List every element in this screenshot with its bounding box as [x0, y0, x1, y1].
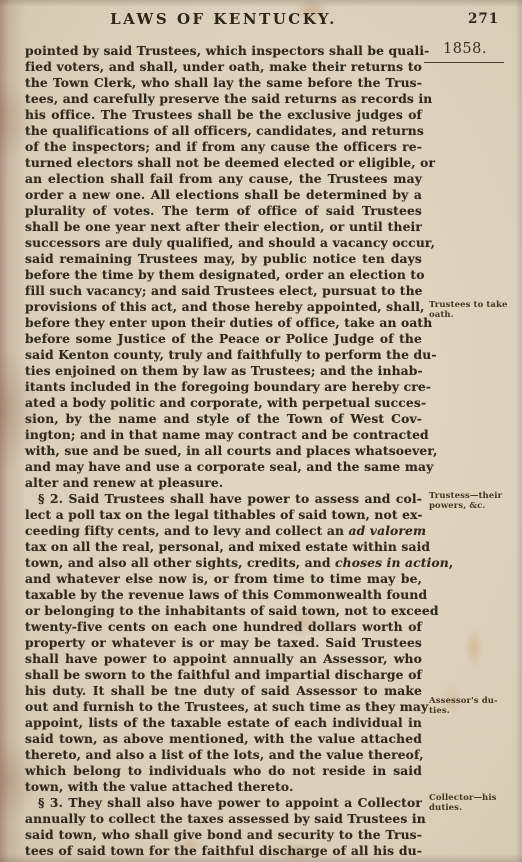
text-line: § 3. They shall also have power to appoi…: [25, 795, 422, 811]
text-line: plurality of votes. The term of office o…: [25, 203, 422, 219]
text-line: itants included in the foregoing boundar…: [25, 379, 422, 395]
text-line: his office. The Trustees shall be the ex…: [25, 107, 422, 123]
text-line: ties enjoined on them by law as Trustees…: [25, 363, 422, 379]
text-line: said town, as above mentioned, with the …: [25, 731, 422, 747]
text-line: sion, by the name and style of the Town …: [25, 411, 422, 427]
text-line: alter and renew at pleasure.: [25, 475, 422, 491]
text-line: the Town Clerk, who shall lay the same b…: [25, 75, 422, 91]
text-line: before some Justice of the Peace or Poli…: [25, 331, 422, 347]
text-line: town, and also all other sights, credits…: [25, 555, 422, 571]
text-line: said Kenton county, truly and faithfully…: [25, 347, 422, 363]
text-line: twenty-five cents on each one hundred do…: [25, 619, 422, 635]
paragraph: pointed by said Trustees, which inspecto…: [25, 43, 422, 491]
text-line: of the inspectors; and if from any cause…: [25, 139, 422, 155]
margin-note: Assessor's du- ties.: [429, 696, 513, 716]
text-line: order a new one. All elections shall be …: [25, 187, 422, 203]
body-text: pointed by said Trustees, which inspecto…: [25, 43, 422, 859]
text-line: tees, and carefully preserve the said re…: [25, 91, 422, 107]
text-line: shall have power to appoint annually an …: [25, 651, 422, 667]
margin-note: Collector—his duties.: [429, 793, 513, 813]
text-line: successors are duly qualified, and shoul…: [25, 235, 422, 251]
text-line: taxable by the revenue laws of this Comm…: [25, 587, 422, 603]
text-line: tax on all the real, personal, and mixed…: [25, 539, 422, 555]
text-line: before they enter upon their duties of o…: [25, 315, 422, 331]
text-line: ceeding fifty cents, and to levy and col…: [25, 523, 422, 539]
text-line: fied voters, and shall, under oath, make…: [25, 59, 422, 75]
margin-year-rule: [424, 62, 504, 63]
text-line: shall be one year next after their elect…: [25, 219, 422, 235]
text-line: before the time by them designated, orde…: [25, 267, 422, 283]
text-line: said town, who shall give bond and secur…: [25, 827, 422, 843]
text-line: fill such vacancy; and said Trustees ele…: [25, 283, 422, 299]
text-line: pointed by said Trustees, which inspecto…: [25, 43, 422, 59]
text-line: out and furnish to the Trustees, at such…: [25, 699, 422, 715]
text-line: and may have and use a corporate seal, a…: [25, 459, 422, 475]
margin-year: 1858.: [426, 41, 504, 57]
text-line: shall be sworn to the faithful and impar…: [25, 667, 422, 683]
text-line: and whatever else now is, or from time t…: [25, 571, 422, 587]
text-line: § 2. Said Trustees shall have power to a…: [25, 491, 422, 507]
text-line: the qualifications of all officers, cand…: [25, 123, 422, 139]
text-line: turned electors shall not be deemed elec…: [25, 155, 422, 171]
text-line: ington; and in that name may contract an…: [25, 427, 422, 443]
text-line: tees of said town for the faithful disch…: [25, 843, 422, 859]
text-line: with, sue and be sued, in all courts and…: [25, 443, 422, 459]
text-line: said remaining Trustees may, by public n…: [25, 251, 422, 267]
text-line: which belong to individuals who do not r…: [25, 763, 422, 779]
text-line: ated a body politic and corporate, with …: [25, 395, 422, 411]
text-line: provisions of this act, and those hereby…: [25, 299, 422, 315]
text-line: his duty. It shall be tne duty of said A…: [25, 683, 422, 699]
text-line: property or whatever is or may be taxed.…: [25, 635, 422, 651]
text-line: appoint, lists of the taxable estate of …: [25, 715, 422, 731]
paragraph: § 3. They shall also have power to appoi…: [25, 795, 422, 859]
paragraph: § 2. Said Trustees shall have power to a…: [25, 491, 422, 795]
text-line: thereto, and also a list of the lots, an…: [25, 747, 422, 763]
text-line: lect a poll tax on the legal tithables o…: [25, 507, 422, 523]
page-number: 271: [468, 11, 508, 27]
scanned-book-page: LAWS OF KENTUCKY. 271 1858. Trustees to …: [0, 0, 522, 862]
margin-note: Trustess—their powers, &c.: [429, 491, 513, 511]
margin-note: Trustees to take oath.: [429, 300, 513, 320]
page-title: LAWS OF KENTUCKY.: [25, 10, 422, 28]
text-line: an election shall fail from any cause, t…: [25, 171, 422, 187]
text-line: or belonging to the inhabitants of said …: [25, 603, 422, 619]
text-line: town, with the value attached thereto.: [25, 779, 422, 795]
text-line: annually to collect the taxes assessed b…: [25, 811, 422, 827]
